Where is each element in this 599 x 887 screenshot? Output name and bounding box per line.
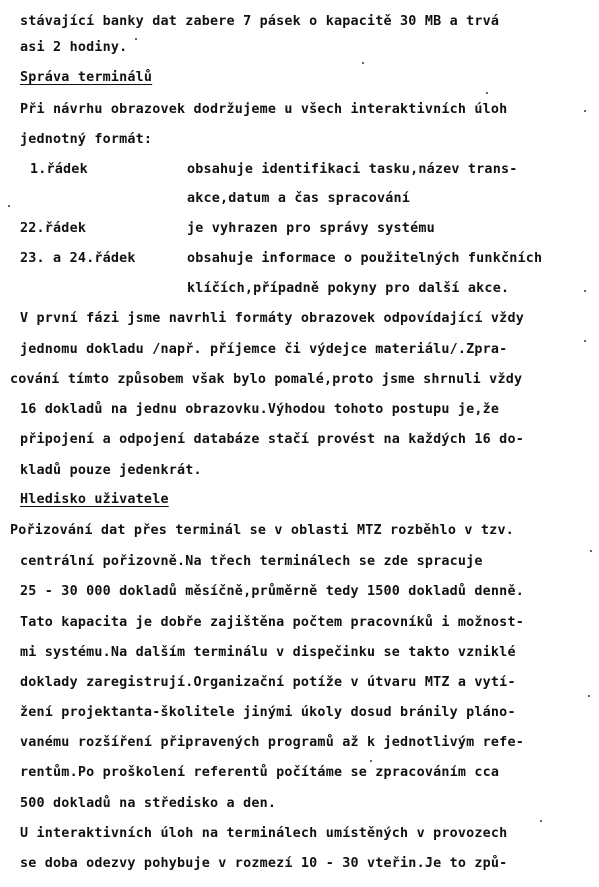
paragraph-line: se doba odezvy pohybuje v rozmezí 10 - 3… — [20, 856, 507, 872]
paragraph-line: žení projektanta-školitele jinými úkoly … — [20, 705, 516, 721]
paragraph-line: 25 - 30 000 dokladů měsíčně,průměrně ted… — [20, 584, 524, 600]
paragraph-line: kladů pouze jedenkrát. — [20, 463, 202, 479]
section1-intro-line-2: jednotný formát: — [20, 132, 152, 148]
intro-line-1: stávající banky dat zabere 7 pásek o kap… — [20, 14, 499, 30]
paragraph-line: 500 dokladů na středisko a den. — [20, 796, 276, 812]
format-row-text: akce,datum a čas spracování — [187, 191, 410, 207]
paragraph-line: Tato kapacita je dobře zajištěna počtem … — [20, 615, 524, 631]
format-row-text: obsahuje informace o použitelných funkčn… — [187, 251, 542, 267]
format-row-text: je vyhrazen pro správy systému — [187, 221, 435, 237]
scan-speck — [588, 695, 590, 697]
section1-intro-line-1: Při návrhu obrazovek dodržujeme u všech … — [20, 102, 507, 118]
format-row-label: 22.řádek — [20, 221, 86, 237]
paragraph-line: rentům.Po proškolení referentů počítáme … — [20, 765, 499, 781]
section-heading-terminal-management: Správa terminálů — [20, 70, 152, 86]
intro-line-2: asi 2 hodiny. — [20, 40, 127, 56]
format-row-label: 23. a 24.řádek — [20, 251, 136, 267]
section-heading-user-perspective: Hledisko uživatele — [20, 492, 169, 508]
scan-speck — [584, 110, 586, 112]
paragraph-line: Pořizování dat přes terminál se v oblast… — [10, 523, 514, 539]
paragraph-line: vanému rozšíření připravených programů a… — [20, 735, 524, 751]
paragraph-line: doklady zaregistrují.Organizační potíže … — [20, 675, 516, 691]
paragraph-line: centrální pořizovně.Na třech terminálech… — [20, 554, 483, 570]
scanned-typewritten-page: stávající banky dat zabere 7 pásek o kap… — [0, 0, 599, 887]
paragraph-line: jednomu dokladu /např. příjemce či výdej… — [20, 342, 507, 358]
format-row-text: obsahuje identifikaci tasku,název trans- — [187, 162, 517, 178]
scan-speck — [590, 550, 592, 552]
format-row-label: 1.řádek — [30, 162, 88, 178]
scan-speck — [370, 760, 372, 762]
scan-speck — [362, 62, 364, 64]
format-row-text: klíčích,případně pokyny pro další akce. — [187, 281, 509, 297]
scan-speck — [540, 820, 542, 822]
paragraph-line: 16 dokladů na jednu obrazovku.Výhodou to… — [20, 402, 499, 418]
scan-speck — [584, 340, 586, 342]
paragraph-line: připojení a odpojení databáze stačí prov… — [20, 432, 524, 448]
scan-speck — [8, 205, 10, 207]
scan-speck — [135, 38, 137, 40]
scan-speck — [486, 92, 488, 94]
scan-speck — [584, 290, 586, 292]
paragraph-line: mi systému.Na dalším terminálu v dispeči… — [20, 645, 516, 661]
paragraph-line: U interaktivních úloh na terminálech umí… — [20, 826, 507, 842]
paragraph-line: cování tímto způsobem však bylo pomalé,p… — [10, 372, 522, 388]
paragraph-line: V první fázi jsme navrhli formáty obrazo… — [20, 311, 524, 327]
